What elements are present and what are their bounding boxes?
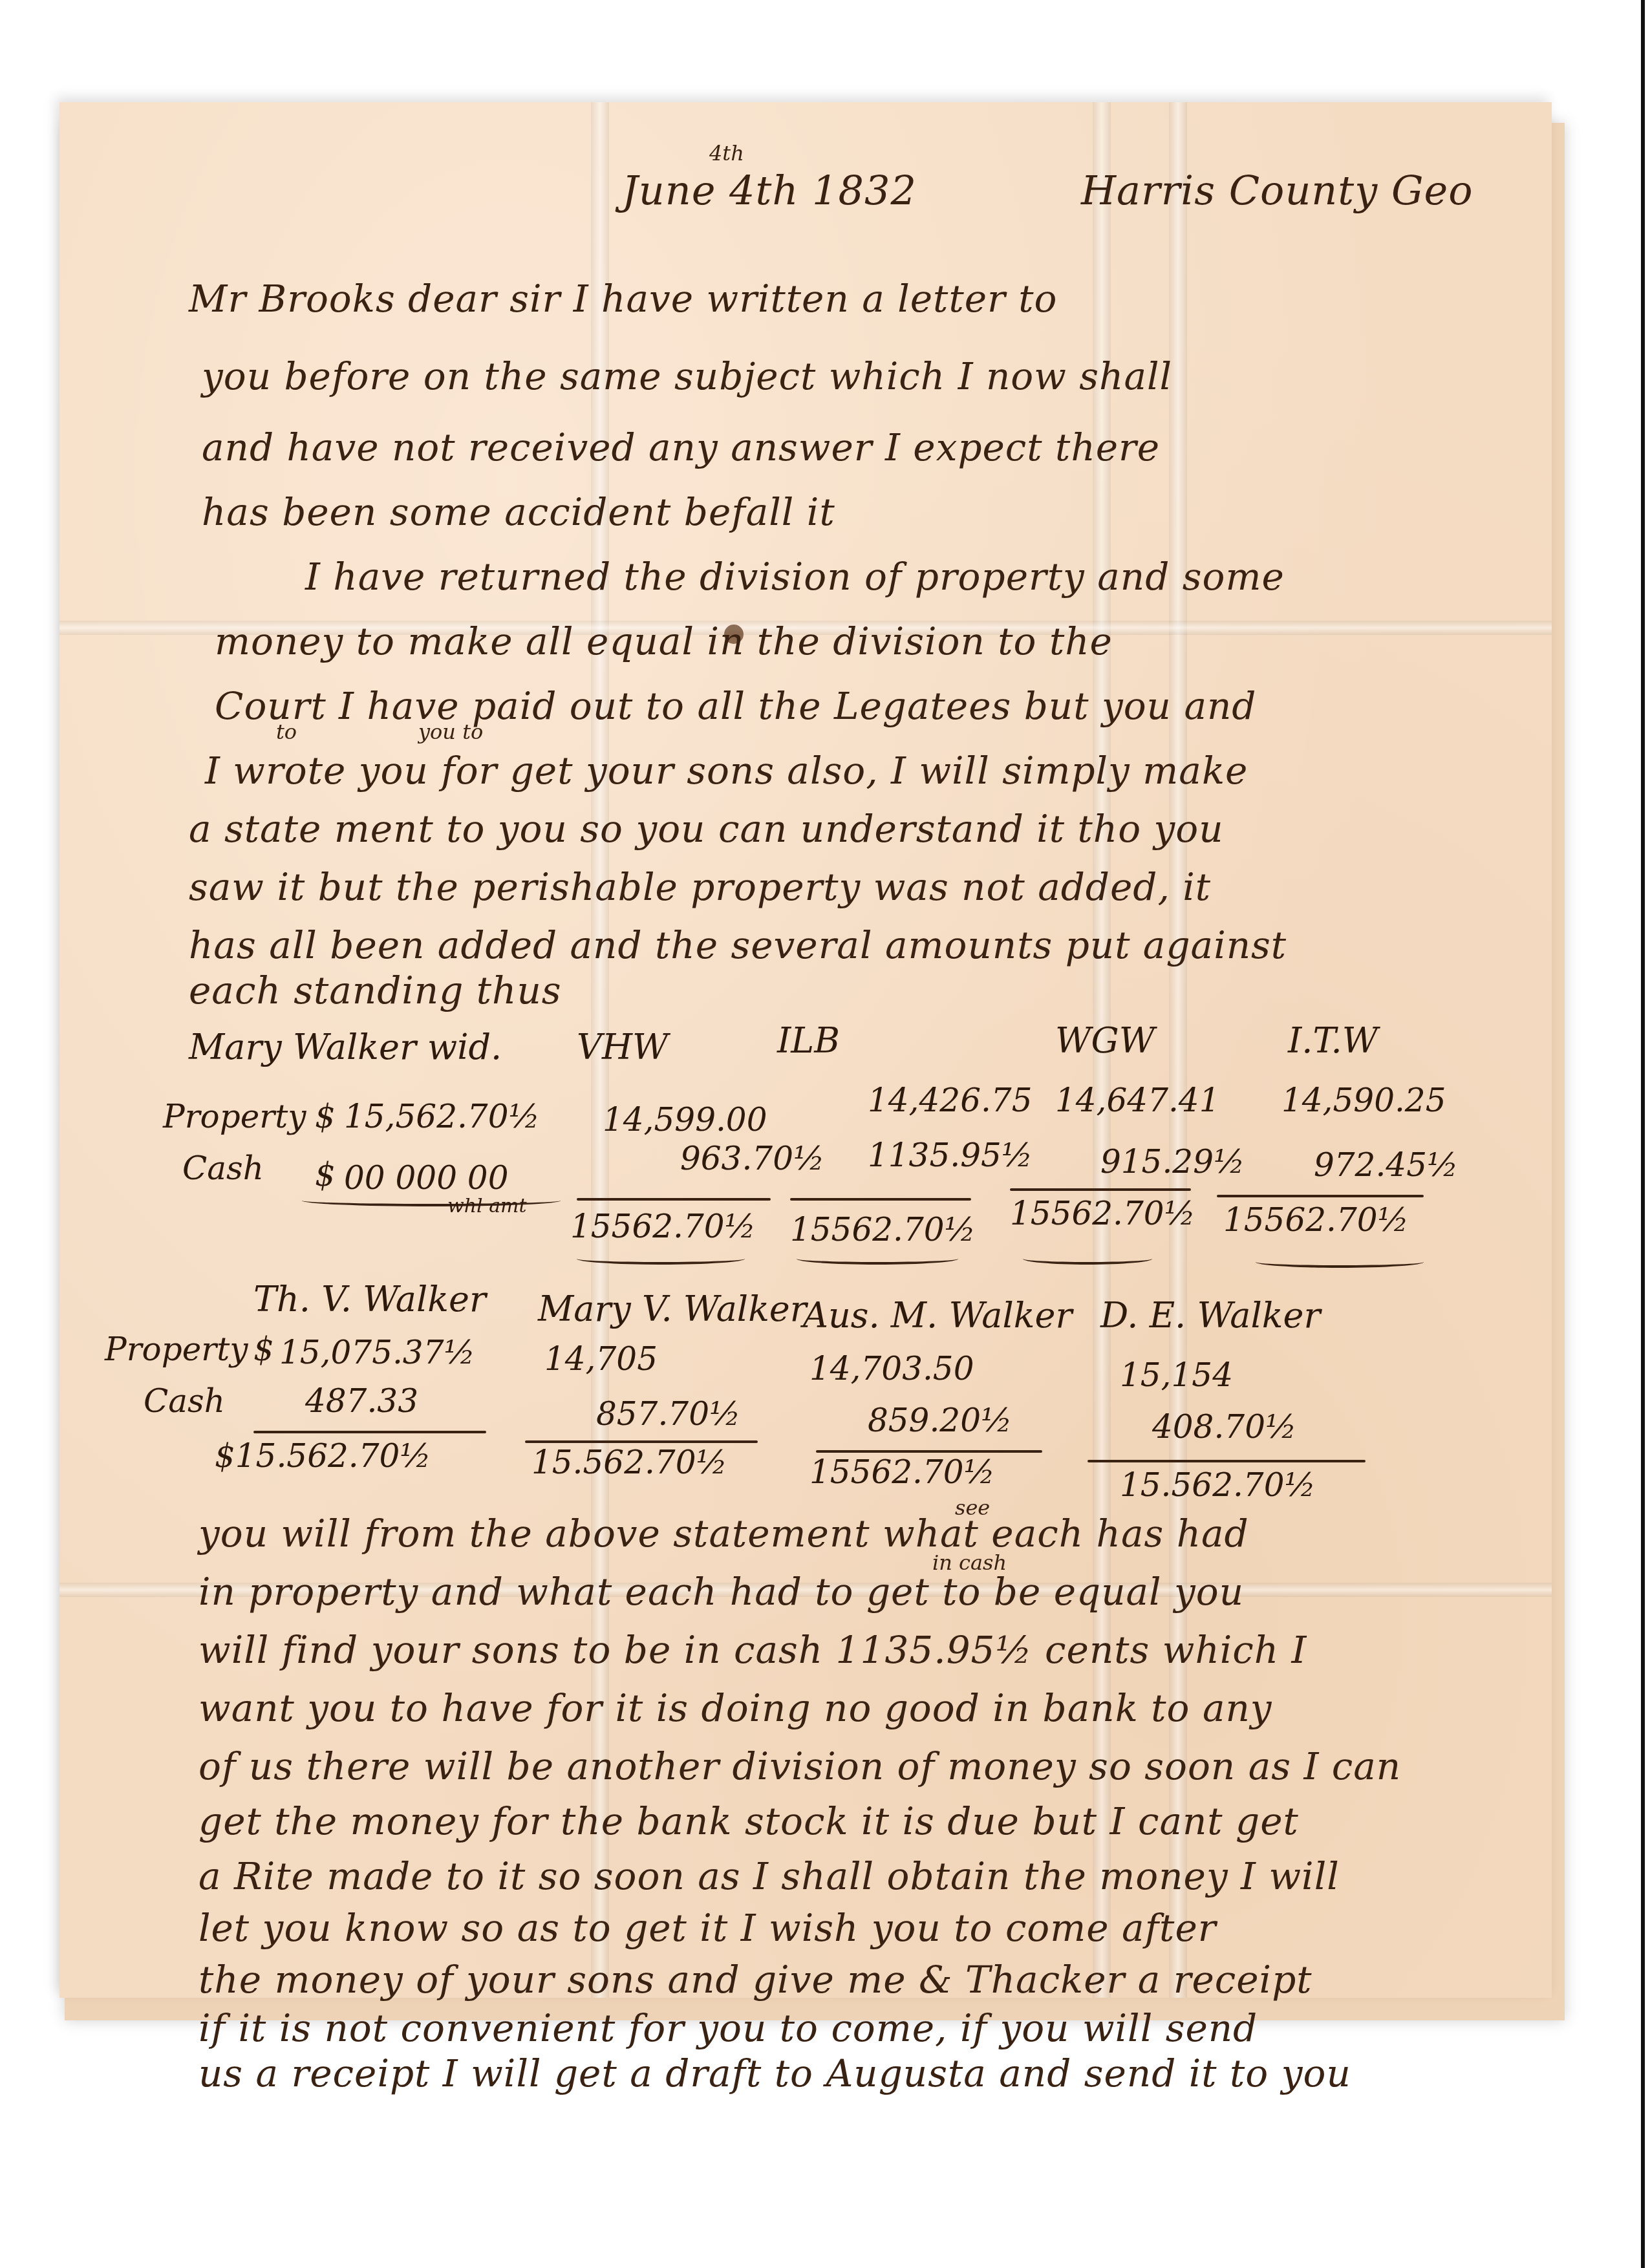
scanner-edge: [1641, 0, 1645, 2268]
sum-rule: [1217, 1195, 1424, 1197]
sum-rule: [790, 1198, 971, 1201]
sum-rule: [816, 1450, 1042, 1453]
body-line: of us there will be another division of …: [198, 1744, 1401, 1788]
column-header: D. E. Walker: [1100, 1295, 1320, 1336]
total-cell: 15562.70½: [809, 1453, 995, 1491]
body-line: Mr Brooks dear sir I have written a lett…: [189, 277, 1057, 321]
row-label: Property: [163, 1098, 306, 1135]
table-cell: 859.20½: [868, 1402, 1012, 1439]
body-line: you before on the same subject which I n…: [202, 354, 1172, 398]
dateline-date: June 4th 1832: [622, 167, 917, 214]
table-cell: 14,647.41: [1055, 1082, 1219, 1119]
body-line: Court I have paid out to all the Legatee…: [215, 684, 1256, 728]
total-cell: 15562.70½: [570, 1208, 756, 1245]
sum-rule: [1087, 1460, 1366, 1462]
sum-rule: [577, 1198, 771, 1201]
note: whl amt: [447, 1195, 527, 1217]
table-cell: 14,426.75: [868, 1082, 1032, 1119]
flourish: [577, 1253, 745, 1265]
interlinear-insertion: you to: [418, 720, 483, 744]
table-cell: 1135.95½: [868, 1137, 1033, 1174]
body-line: each standing thus: [189, 968, 562, 1012]
currency-symbol: $: [315, 1156, 336, 1193]
body-line: let you know so as to get it I wish you …: [198, 1906, 1216, 1950]
body-line: you will from the above statement what e…: [198, 1512, 1249, 1556]
table-cell: 972.45½: [1314, 1146, 1458, 1184]
table-cell: 15,154: [1120, 1356, 1233, 1394]
total-cell: 15.562.70½: [531, 1444, 727, 1481]
column-header: I.T.W: [1288, 1020, 1378, 1061]
row-label: Property: [105, 1331, 248, 1368]
row-label: Cash: [144, 1382, 225, 1420]
body-line: a state ment to you so you can understan…: [189, 807, 1224, 851]
table-cell: 15,075.37½: [279, 1334, 475, 1371]
column-header: Th. V. Walker: [253, 1279, 486, 1320]
body-line: want you to have for it is doing no good…: [198, 1686, 1272, 1730]
body-line: if it is not convenient for you to come,…: [198, 2006, 1258, 2050]
body-line: saw it but the perishable property was n…: [189, 865, 1211, 909]
table-cell: 14,703.50: [809, 1350, 974, 1387]
flourish: [1023, 1253, 1152, 1265]
body-line: I have returned the division of property…: [305, 555, 1285, 599]
table-cell: 14,705: [544, 1340, 658, 1378]
total-cell: 15562.70½: [790, 1211, 976, 1248]
body-line: has been some accident befall it: [202, 490, 835, 534]
total-cell: 15562.70½: [1010, 1195, 1195, 1232]
body-line: the money of your sons and give me & Tha…: [198, 1958, 1312, 2002]
body-line: has all been added and the several amoun…: [189, 923, 1287, 967]
body-line: will find your sons to be in cash 1135.9…: [198, 1628, 1307, 1672]
flourish: [797, 1253, 958, 1265]
table-cell: 15,562.70½: [344, 1098, 540, 1135]
dateline-place: Harris County Geo: [1081, 167, 1473, 214]
body-line: I wrote you for get your sons also, I wi…: [205, 749, 1248, 793]
sum-rule: [525, 1440, 758, 1443]
total-cell: 15.562.70½: [1120, 1466, 1316, 1504]
body-line: us a receipt I will get a draft to Augus…: [198, 2051, 1351, 2095]
flourish: [1256, 1256, 1424, 1268]
column-header: Mary Walker wid.: [189, 1027, 502, 1067]
table-cell: 14,599.00: [603, 1101, 767, 1139]
column-header: VHW: [577, 1027, 669, 1067]
currency-symbol: $: [253, 1331, 274, 1368]
sum-rule: [253, 1431, 486, 1433]
table-cell: 00 000 00: [344, 1159, 508, 1197]
column-header: WGW: [1055, 1020, 1155, 1061]
currency-symbol: $: [315, 1098, 336, 1135]
total-cell: $15.562.70½: [215, 1437, 431, 1475]
date-correction: 4th: [709, 141, 744, 166]
column-header: ILB: [777, 1020, 840, 1061]
column-header: Mary V. Walker: [538, 1289, 807, 1329]
table-cell: 487.33: [305, 1382, 418, 1420]
row-label: Cash: [182, 1150, 264, 1187]
table-cell: 14,590.25: [1281, 1082, 1446, 1119]
body-line: a Rite made to it so soon as I shall obt…: [198, 1854, 1340, 1898]
body-line: in property and what each had to get to …: [198, 1570, 1244, 1614]
body-line: get the money for the bank stock it is d…: [198, 1799, 1299, 1843]
column-header: Aus. M. Walker: [803, 1295, 1072, 1336]
letter-sheet: 4th June 4th 1832 Harris County Geo Mr B…: [59, 102, 1552, 1998]
table-cell: 915.29½: [1100, 1143, 1245, 1181]
table-cell: 408.70½: [1152, 1408, 1296, 1446]
sum-rule: [1010, 1188, 1191, 1191]
table-cell: 963.70½: [680, 1140, 824, 1177]
body-line: money to make all equal in the division …: [215, 619, 1113, 663]
table-cell: 857.70½: [596, 1395, 740, 1433]
interlinear-insertion: to: [276, 720, 297, 744]
body-line: and have not received any answer I expec…: [202, 425, 1160, 469]
total-cell: 15562.70½: [1223, 1201, 1409, 1239]
